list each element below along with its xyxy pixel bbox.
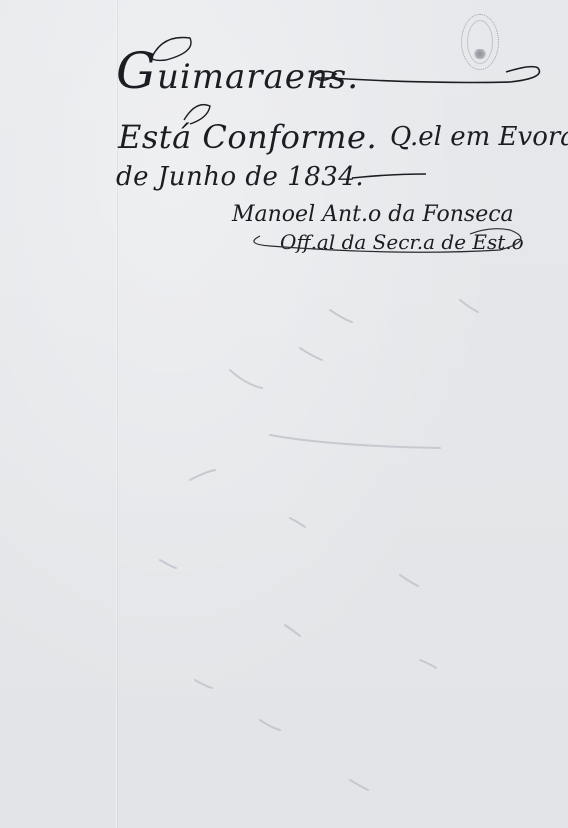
place-and-day: Q.el em Evora 15 [390,122,568,152]
signature-flourish [240,210,540,270]
conformity-statement: Está Conforme. [118,118,377,156]
manuscript-page: Guimaraens. Está Conforme. Q.el em Evora… [0,0,568,828]
date-line: de Junho de 1834. [116,162,364,192]
date-dash [350,170,430,184]
